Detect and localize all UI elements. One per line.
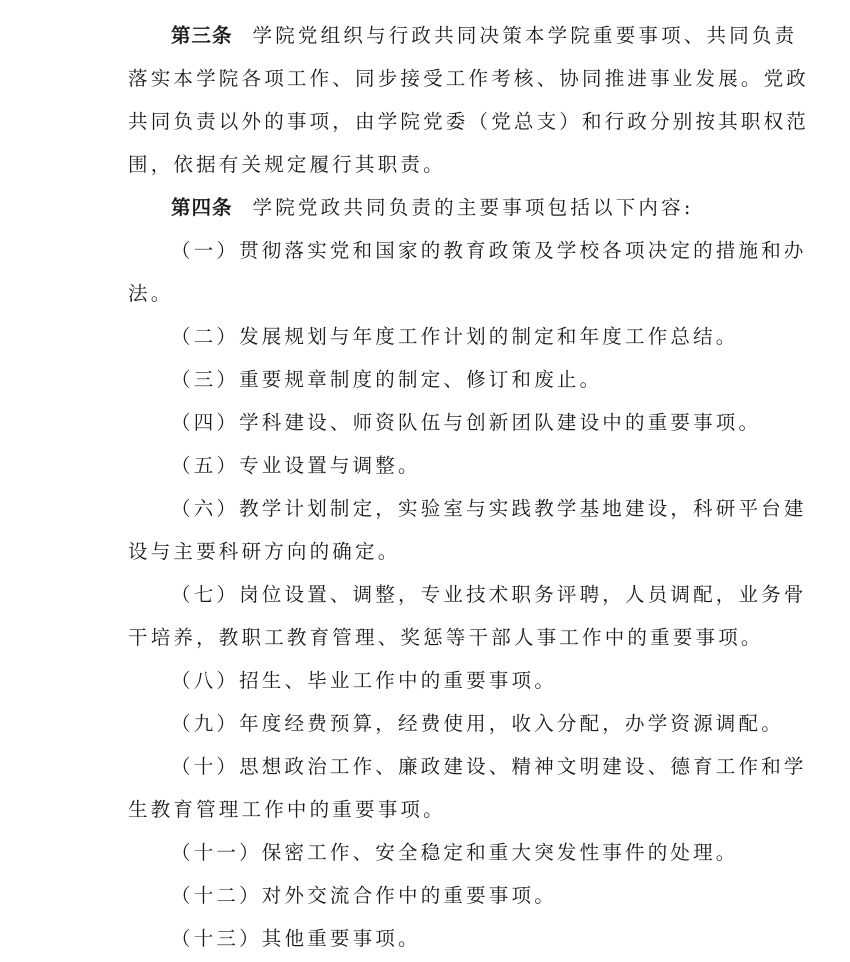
list-item-1-cont: 法。 xyxy=(128,282,173,306)
list-item-11: （十一）保密工作、安全稳定和重大突发性事件的处理。 xyxy=(171,841,739,865)
article-3-line-1: 第三条学院党组织与行政共同决策本学院重要事项、共同负责 xyxy=(171,24,797,48)
list-item-3: （三）重要规章制度的制定、修订和废止。 xyxy=(171,368,602,392)
list-item-12: （十二）对外交流合作中的重要事项。 xyxy=(171,884,557,908)
list-item-9: （九）年度经费预算，经费使用，收入分配，办学资源调配。 xyxy=(171,712,784,736)
list-item-7: （七）岗位设置、调整，专业技术职务评聘，人员调配，业务骨 xyxy=(171,583,807,607)
article-text: 学院党政共同负责的主要事项包括以下内容: xyxy=(253,196,694,219)
list-item-10-cont: 生教育管理工作中的重要事项。 xyxy=(128,798,446,822)
list-item-6: （六）教学计划制定，实验室与实践教学基地建设，科研平台建 xyxy=(171,497,807,521)
list-item-7-cont: 干培养，教职工教育管理、奖惩等干部人事工作中的重要事项。 xyxy=(128,626,764,650)
list-item-2: （二）发展规划与年度工作计划的制定和年度工作总结。 xyxy=(171,325,739,349)
article-heading: 第三条 xyxy=(171,24,233,47)
list-item-1: （一）贯彻落实党和国家的教育政策及学校各项决定的措施和办 xyxy=(171,239,807,263)
list-item-10: （十）思想政治工作、廉政建设、精神文明建设、德育工作和学 xyxy=(171,755,807,779)
article-4-line-1: 第四条学院党政共同负责的主要事项包括以下内容: xyxy=(171,196,694,220)
list-item-4: （四）学科建设、师资队伍与创新团队建设中的重要事项。 xyxy=(171,411,761,435)
list-item-5: （五）专业设置与调整。 xyxy=(171,454,421,478)
article-text: 学院党组织与行政共同决策本学院重要事项、共同负责 xyxy=(253,24,798,47)
list-item-6-cont: 设与主要科研方向的确定。 xyxy=(128,540,400,564)
list-item-8: （八）招生、毕业工作中的重要事项。 xyxy=(171,669,557,693)
article-3-line-2: 落实本学院各项工作、同步接受工作考核、协同推进事业发展。党政 xyxy=(128,67,809,91)
article-heading: 第四条 xyxy=(171,196,233,219)
article-3-line-4: 围，依据有关规定履行其职责。 xyxy=(128,153,446,177)
list-item-13: （十三）其他重要事项。 xyxy=(171,927,421,951)
article-3-line-3: 共同负责以外的事项，由学院党委（党总支）和行政分别按其职权范 xyxy=(128,110,809,134)
